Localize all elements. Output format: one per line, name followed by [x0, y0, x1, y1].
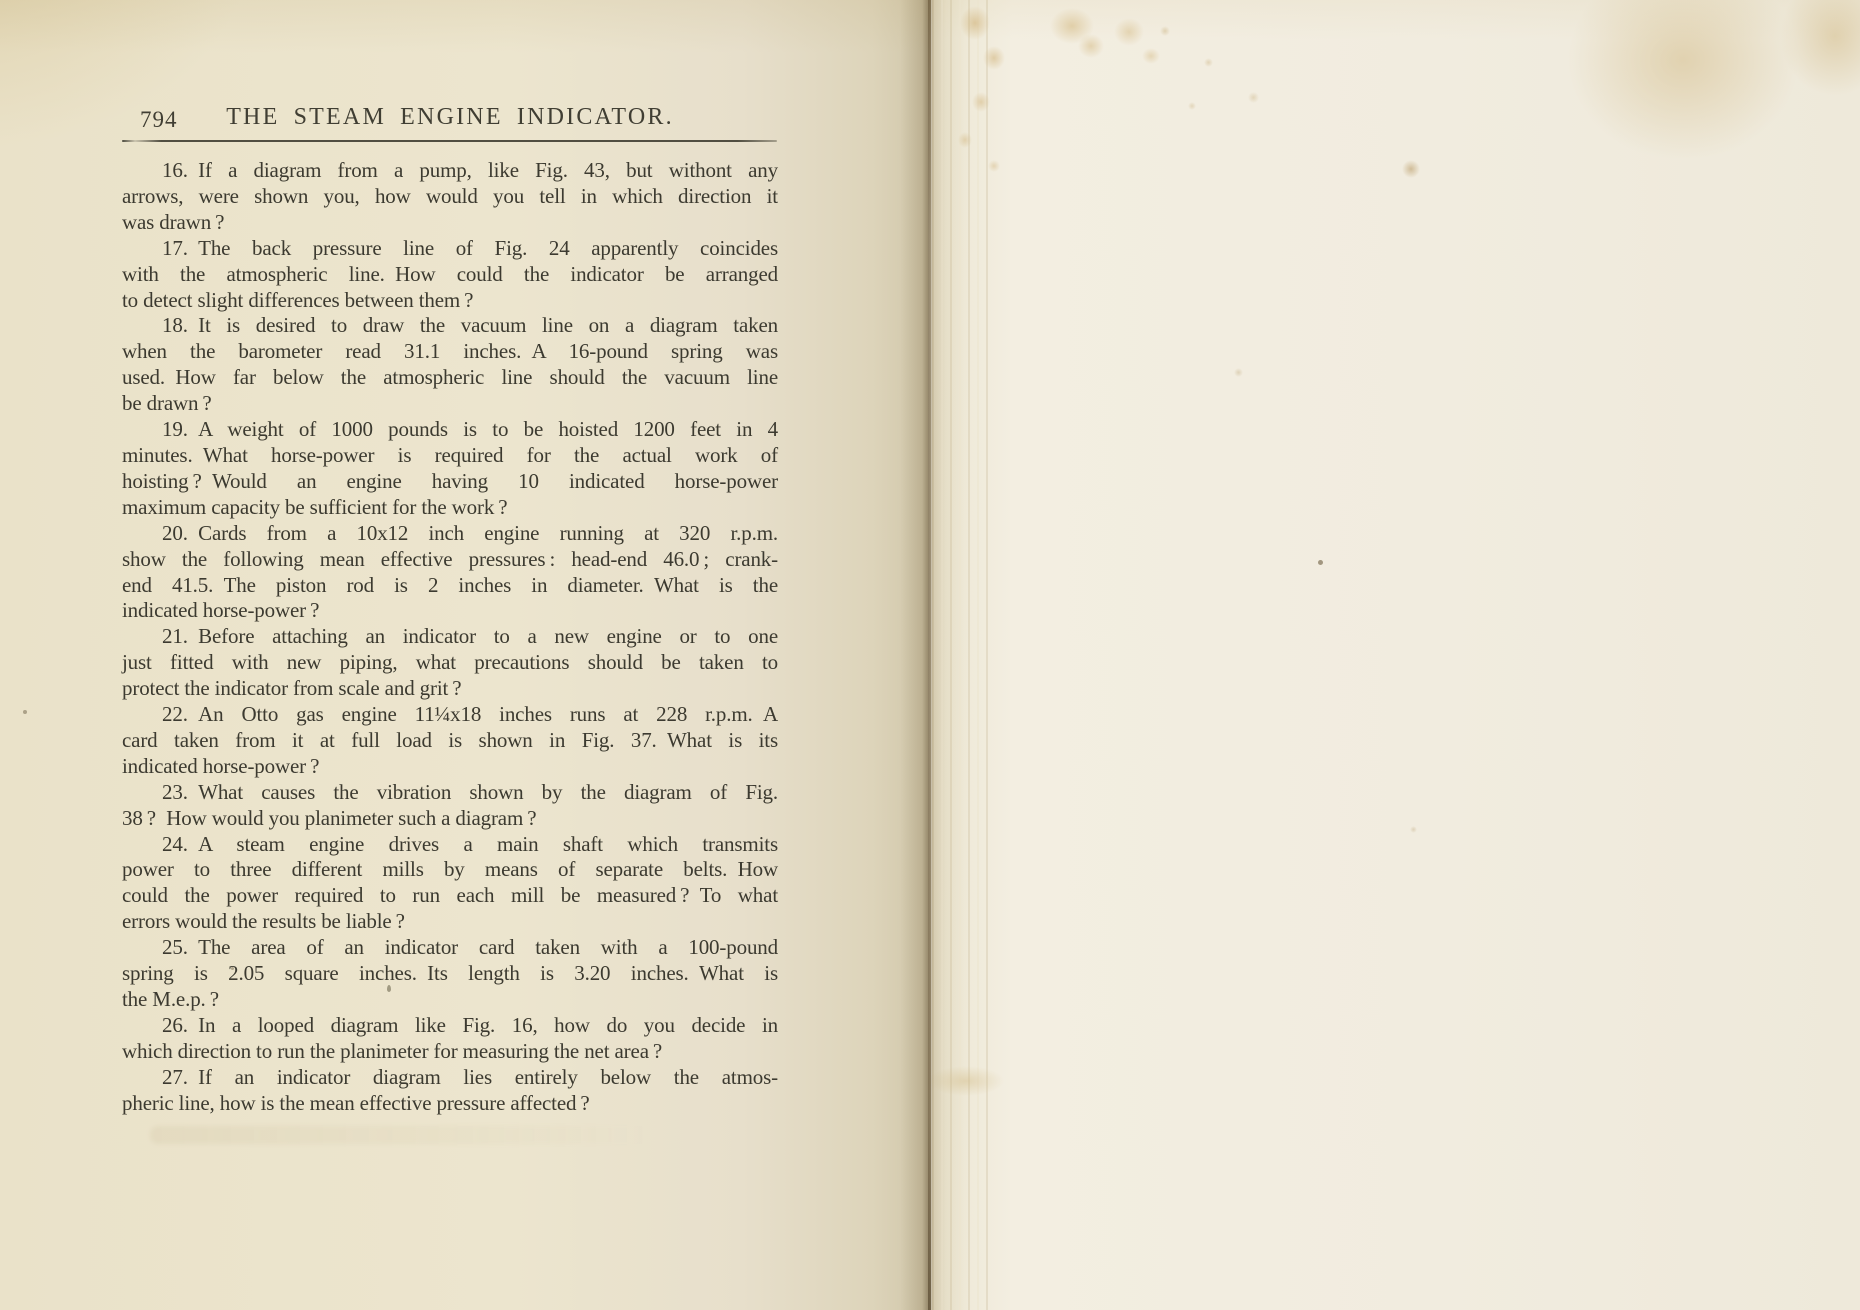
text-line: 21. Before attaching an indicator to a n… [122, 624, 778, 650]
text-line: 27. If an indicator diagram lies entirel… [122, 1065, 778, 1091]
left-page: 794 THE STEAM ENGINE INDICATOR. 16. If a… [0, 0, 928, 1310]
stain-mark [1160, 26, 1170, 36]
text-line: 24. A steam engine drives a main shaft w… [122, 832, 778, 858]
text-line: minutes. What horse-power is required fo… [122, 443, 778, 469]
text-line: the M.e.p. ? [122, 987, 778, 1013]
stain-mark [1078, 34, 1104, 58]
stain-mark [1188, 102, 1196, 110]
text-line: was drawn ? [122, 210, 778, 236]
stain-mark [1318, 560, 1323, 565]
text-line: protect the indicator from scale and gri… [122, 676, 778, 702]
stain-mark [1204, 58, 1213, 67]
ink-bleed-ghost [150, 1126, 650, 1144]
text-line: card taken from it at full load is shown… [122, 728, 778, 754]
text-line: pheric line, how is the mean effective p… [122, 1091, 778, 1117]
text-line: used. How far below the atmospheric line… [122, 365, 778, 391]
text-line: 18. It is desired to draw the vacuum lin… [122, 313, 778, 339]
running-title: THE STEAM ENGINE INDICATOR. [122, 104, 778, 131]
text-line: 19. A weight of 1000 pounds is to be hoi… [122, 417, 778, 443]
text-line: just fitted with new piping, what precau… [122, 650, 778, 676]
paper-speck [23, 710, 27, 714]
text-line: arrows, were shown you, how would you te… [122, 184, 778, 210]
stain-mark [1402, 160, 1420, 178]
page-header: 794 THE STEAM ENGINE INDICATOR. [122, 104, 778, 138]
text-line: power to three different mills by means … [122, 857, 778, 883]
text-line: hoisting ? Would an engine having 10 ind… [122, 469, 778, 495]
stain-mark [1410, 826, 1417, 833]
text-line: maximum capacity be sufficient for the w… [122, 495, 778, 521]
book-scan: 794 THE STEAM ENGINE INDICATOR. 16. If a… [0, 0, 1860, 1310]
stain-mark [1780, 0, 1860, 96]
text-line: 26. In a looped diagram like Fig. 16, ho… [122, 1013, 778, 1039]
text-line: 20. Cards from a 10x12 inch engine runni… [122, 521, 778, 547]
stain-mark [1568, 0, 1798, 160]
header-rule [122, 140, 777, 142]
text-line: to detect slight differences between the… [122, 288, 778, 314]
text-line: with the atmospheric line. How could the… [122, 262, 778, 288]
text-line: spring is 2.05 square inches. Its length… [122, 961, 778, 987]
stain-mark [1248, 92, 1259, 103]
right-page [928, 0, 1860, 1310]
text-line: be drawn ? [122, 391, 778, 417]
text-line: 25. The area of an indicator card taken … [122, 935, 778, 961]
text-line: 38 ? How would you planimeter such a dia… [122, 806, 778, 832]
stain-mark [1234, 368, 1243, 377]
stain-mark [1142, 48, 1160, 64]
text-line: indicated horse-power ? [122, 598, 778, 624]
stain-mark [1050, 8, 1094, 44]
text-line: which direction to run the planimeter fo… [122, 1039, 778, 1065]
stain-mark [1114, 18, 1144, 46]
text-line: show the following mean effective pressu… [122, 547, 778, 573]
text-line: when the barometer read 31.1 inches. A 1… [122, 339, 778, 365]
text-line: 22. An Otto gas engine 11¼x18 inches run… [122, 702, 778, 728]
text-line: 16. If a diagram from a pump, like Fig. … [122, 158, 778, 184]
body-text: 16. If a diagram from a pump, like Fig. … [122, 158, 778, 1117]
text-line: could the power required to run each mil… [122, 883, 778, 909]
text-line: 17. The back pressure line of Fig. 24 ap… [122, 236, 778, 262]
text-line: errors would the results be liable ? [122, 909, 778, 935]
stain-mark [988, 160, 1000, 172]
text-line: end 41.5. The piston rod is 2 inches in … [122, 573, 778, 599]
text-line: indicated horse-power ? [122, 754, 778, 780]
text-line: 23. What causes the vibration shown by t… [122, 780, 778, 806]
gutter-shadow [900, 0, 946, 1310]
gutter-crease [928, 0, 931, 1310]
